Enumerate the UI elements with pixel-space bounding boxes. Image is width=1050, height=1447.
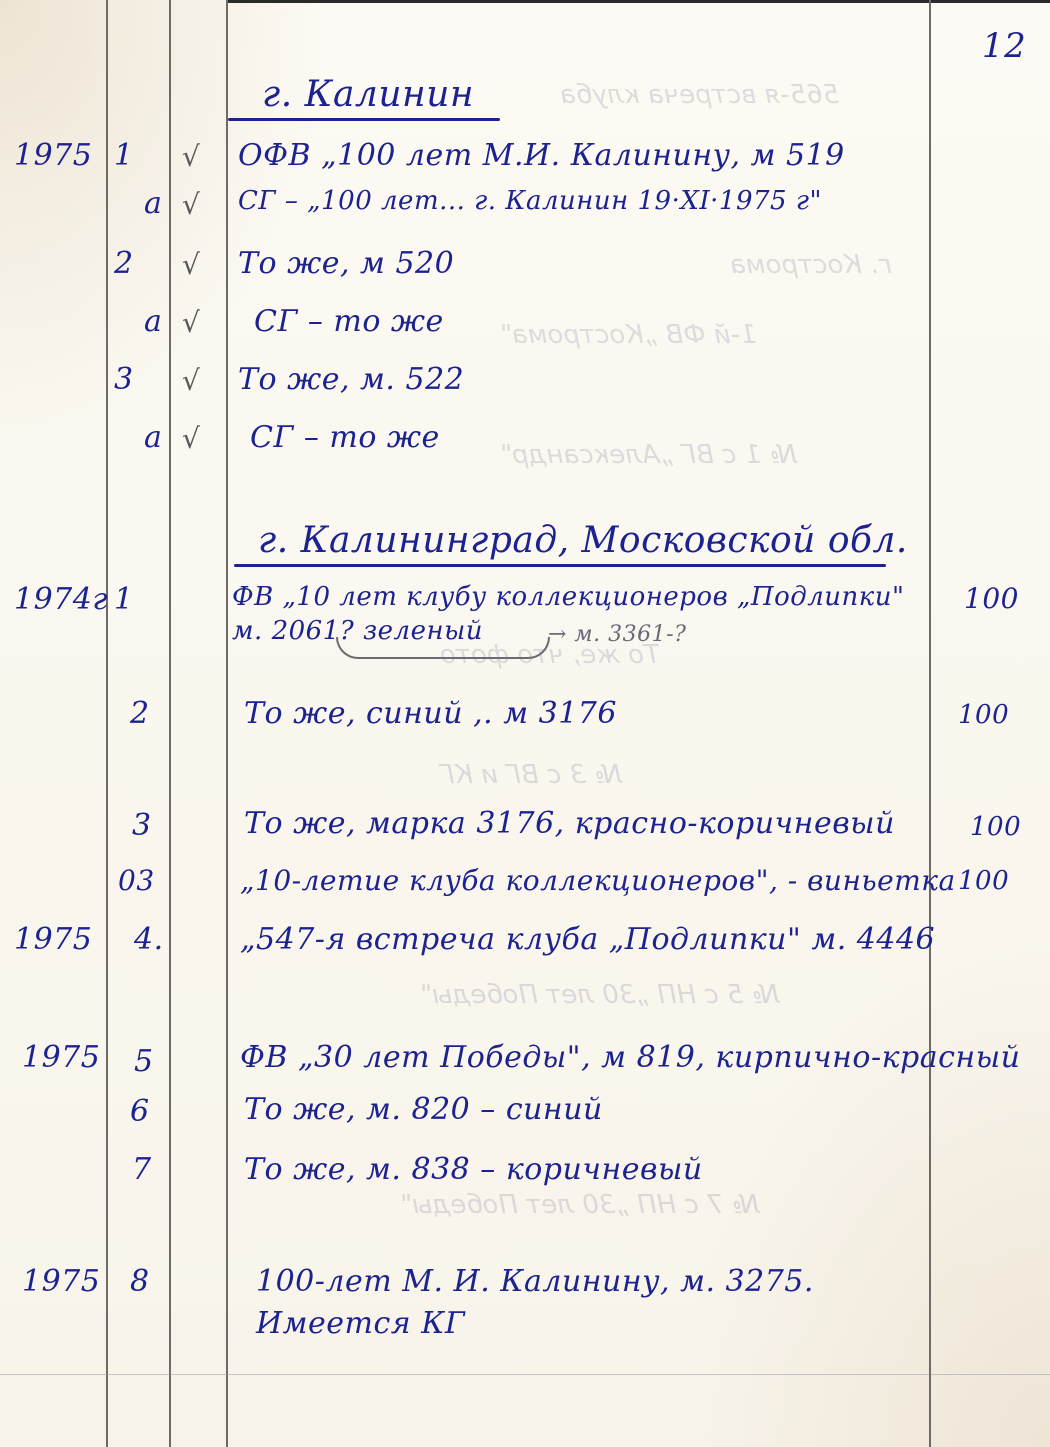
entry-description: То же, марка 3176, красно-коричневый [244, 806, 895, 841]
entry-description: То же, м 520 [238, 246, 454, 281]
entry-price: 100 [964, 582, 1019, 615]
bleed-through-text: № 3 с ВГ и КГ [440, 760, 621, 790]
entry-number: 2 [130, 696, 150, 731]
column-rule-price [929, 0, 931, 1447]
entry-number: 2 [114, 246, 134, 281]
heading-underline [228, 118, 500, 121]
entry-number: 7 [132, 1152, 152, 1187]
entry-description: ОФВ „100 лет М.И. Калинину, м 519 [238, 138, 845, 173]
pencil-annotation: → м. 3361-? [548, 622, 686, 647]
entry-number: 03 [118, 864, 155, 897]
bleed-through-text: № 1 с ВГ „Александр" [500, 440, 797, 470]
entry-description: То же, м. 820 – синий [244, 1092, 603, 1127]
entry-year: 1974г [14, 582, 108, 617]
entry-description: ФВ „10 лет клубу коллекционеров „Подлипк… [232, 582, 905, 612]
entry-description: То же, синий ,. м 3176 [244, 696, 617, 731]
entry-number: 1 [114, 582, 134, 617]
entry-price: 100 [970, 812, 1021, 842]
entry-number: 3 [132, 808, 152, 843]
entry-number: а [144, 420, 162, 455]
entry-description: „547-я встреча клуба „Подлипки" м. 4446 [240, 922, 935, 957]
entry-description: То же, м. 522 [238, 362, 464, 397]
entry-number: 8 [130, 1264, 150, 1299]
entry-number: а [144, 304, 162, 339]
entry-price: 100 [958, 866, 1009, 896]
entry-price: 100 [958, 700, 1009, 730]
entry-number: 4. [134, 922, 164, 957]
page-number: 12 [982, 26, 1026, 66]
check-mark-icon: √ [182, 306, 200, 339]
entry-number: 1 [114, 138, 134, 173]
entry-year: 1975 [22, 1040, 100, 1075]
entry-description: СГ – то же [254, 304, 444, 339]
entry-year: 1975 [14, 922, 92, 957]
entry-year: 1975 [14, 138, 92, 173]
bleed-through-text: № 7 с НП „30 лет Победы" [400, 1190, 759, 1220]
column-rule-year [106, 0, 108, 1447]
entry-description: То же, м. 838 – коричневый [244, 1152, 703, 1187]
entry-description: СГ – „100 лет... г. Калинин 19·XI·1975 г… [238, 186, 822, 216]
entry-description: 100-лет М. И. Калинину, м. 3275. [256, 1264, 814, 1299]
check-mark-icon: √ [182, 422, 200, 455]
entry-year: 1975 [22, 1264, 100, 1299]
pencil-rule [0, 1374, 1050, 1375]
section-heading-kalinin: г. Калинин [262, 74, 474, 115]
column-rule-check [226, 0, 228, 1447]
bleed-through-text: 565-я встреча клуба [560, 80, 839, 110]
arrow-annotation [336, 637, 550, 659]
heading-underline [234, 564, 886, 567]
entry-number: 5 [134, 1044, 154, 1079]
check-mark-icon: √ [182, 188, 200, 221]
bleed-through-text: г. Кострома [730, 250, 892, 280]
section-heading-kaliningrad: г. Калининград, Московской обл. [258, 520, 908, 561]
entry-number: 6 [130, 1094, 150, 1129]
check-mark-icon: √ [182, 248, 200, 281]
entry-description-line2: Имеется КГ [256, 1306, 465, 1341]
entry-description: ФВ „30 лет Победы", м 819, кирпично-крас… [240, 1040, 1020, 1075]
page-edge-shadow [226, 0, 1050, 3]
entry-number: 3 [114, 362, 134, 397]
entry-description: „10-летие клуба коллекционеров", - винье… [240, 864, 956, 897]
entry-description: СГ – то же [250, 420, 440, 455]
entry-number: а [144, 186, 162, 221]
bleed-through-text: № 5 с НП „30 лет Победы" [420, 980, 779, 1010]
check-mark-icon: √ [182, 364, 200, 397]
bleed-through-text: 1-й ФВ „Кострома" [500, 320, 757, 350]
check-mark-icon: √ [182, 140, 200, 173]
column-rule-number [169, 0, 171, 1447]
